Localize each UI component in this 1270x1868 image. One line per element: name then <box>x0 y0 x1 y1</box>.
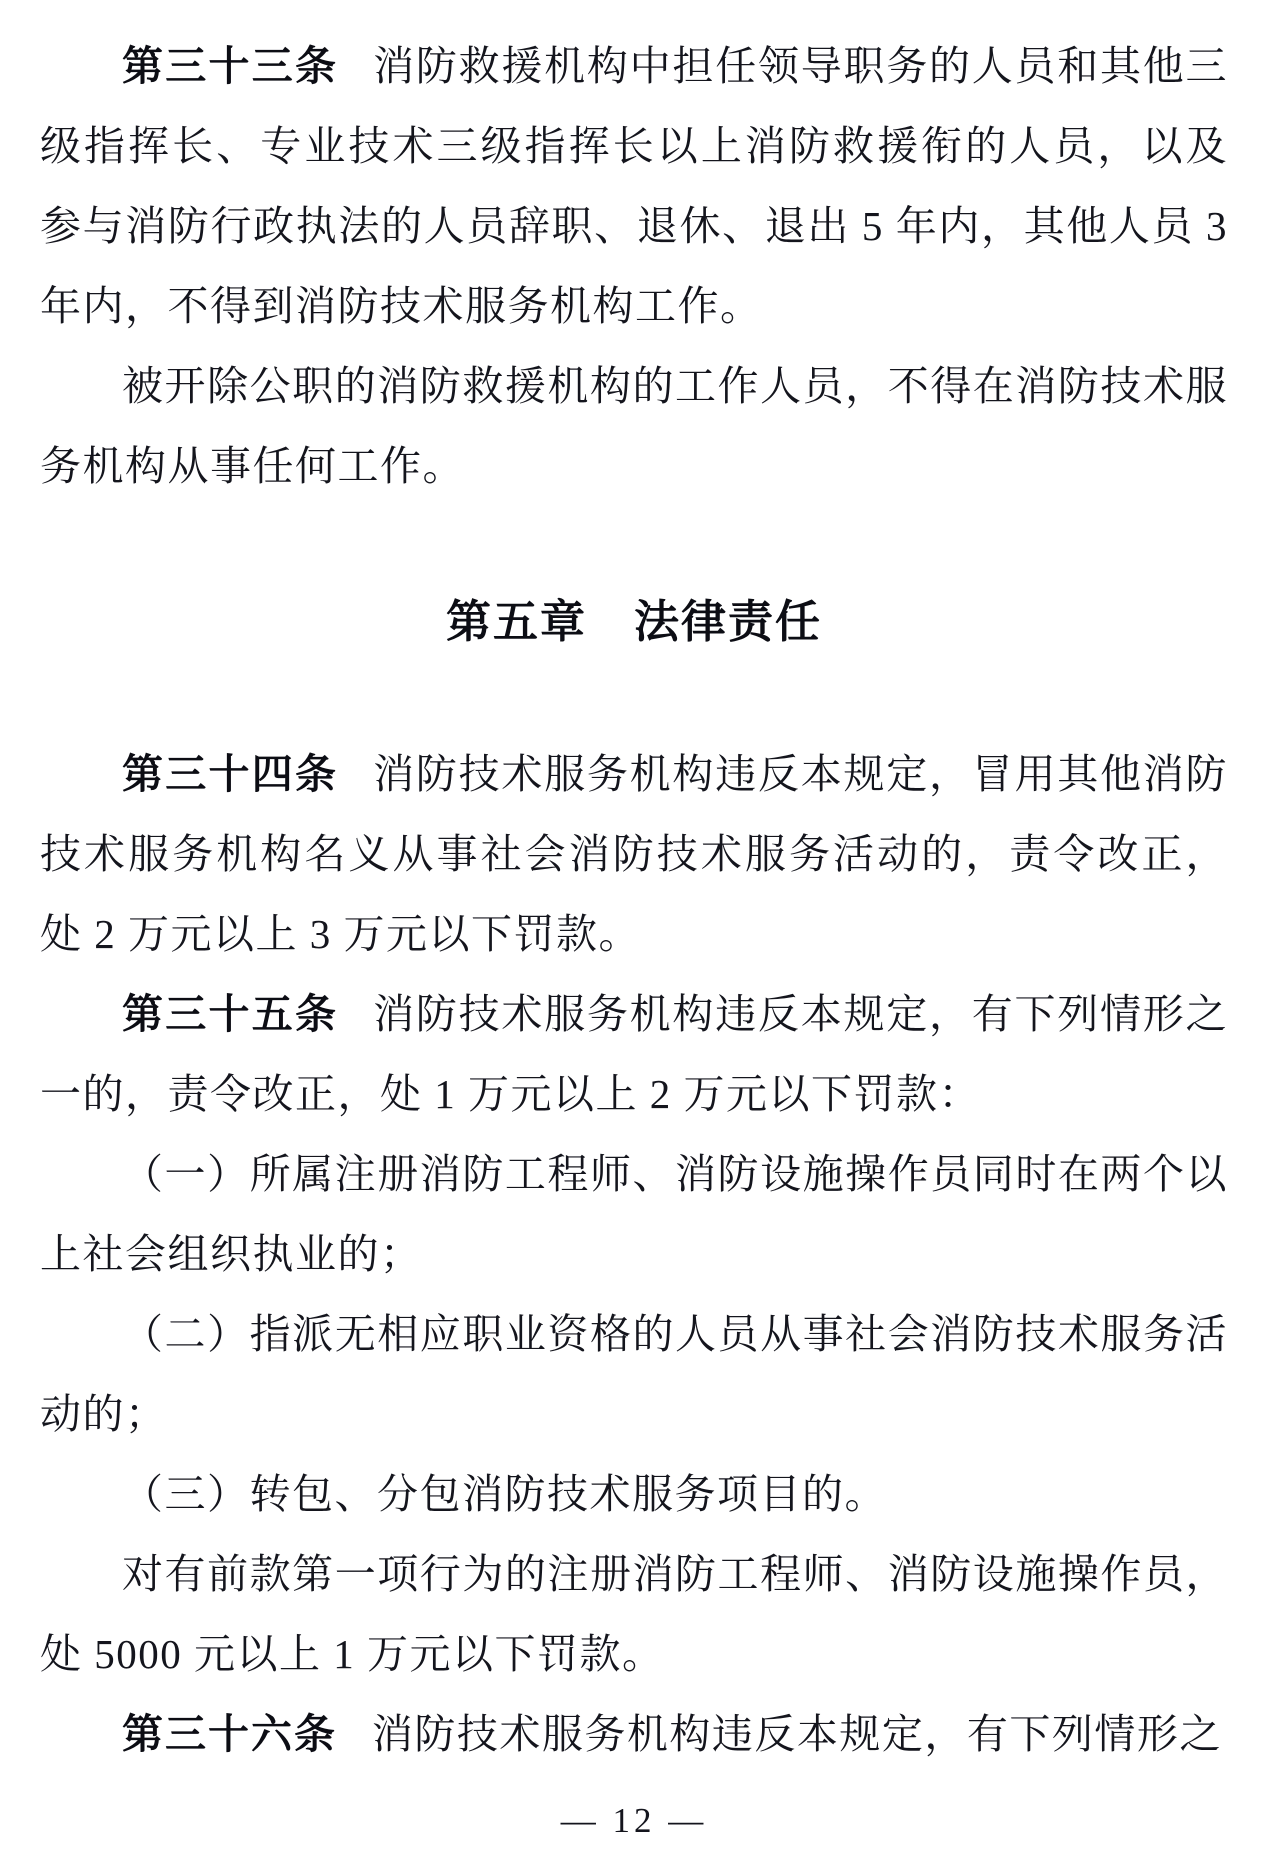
document-page: 第三十三条消防救援机构中担任领导职务的人员和其他三级指挥长、专业技术三级指挥长以… <box>0 0 1270 1868</box>
chapter-5-heading: 第五章 法律责任 <box>40 582 1228 662</box>
article-36-paragraph: 第三十六条消防技术服务机构违反本规定，有下列情形之 <box>40 1694 1228 1774</box>
article-33-paragraph: 第三十三条消防救援机构中担任领导职务的人员和其他三级指挥长、专业技术三级指挥长以… <box>40 26 1228 346</box>
article-33-paragraph-2-text: 被开除公职的消防救援机构的工作人员，不得在消防技术服务机构从事任何工作。 <box>40 363 1228 489</box>
page-number: — 12 — <box>40 1798 1228 1844</box>
article-34-number: 第三十四条 <box>122 751 338 797</box>
article-35-number: 第三十五条 <box>122 991 338 1037</box>
article-36-text: 消防技术服务机构违反本规定，有下列情形之 <box>372 1711 1222 1757</box>
article-35-paragraph-2: 对有前款第一项行为的注册消防工程师、消防设施操作员，处 5000 元以上 1 万… <box>40 1534 1228 1694</box>
article-35-paragraph-2-text: 对有前款第一项行为的注册消防工程师、消防设施操作员，处 5000 元以上 1 万… <box>40 1551 1228 1677</box>
article-35-item-3-text: （三）转包、分包消防技术服务项目的。 <box>122 1471 887 1517</box>
article-35-item-1-text: （一）所属注册消防工程师、消防设施操作员同时在两个以上社会组织执业的； <box>40 1151 1228 1277</box>
article-34-paragraph: 第三十四条消防技术服务机构违反本规定，冒用其他消防技术服务机构名义从事社会消防技… <box>40 734 1228 974</box>
article-33-paragraph-2: 被开除公职的消防救援机构的工作人员，不得在消防技术服务机构从事任何工作。 <box>40 346 1228 506</box>
article-36-number: 第三十六条 <box>122 1711 337 1757</box>
article-35-item-2-text: （二）指派无相应职业资格的人员从事社会消防技术服务活动的； <box>40 1311 1228 1437</box>
article-35-item-3: （三）转包、分包消防技术服务项目的。 <box>40 1454 1228 1534</box>
article-35-item-1: （一）所属注册消防工程师、消防设施操作员同时在两个以上社会组织执业的； <box>40 1134 1228 1294</box>
article-35-item-2: （二）指派无相应职业资格的人员从事社会消防技术服务活动的； <box>40 1294 1228 1454</box>
article-33-number: 第三十三条 <box>122 43 338 89</box>
article-35-paragraph: 第三十五条消防技术服务机构违反本规定，有下列情形之一的，责令改正，处 1 万元以… <box>40 974 1228 1134</box>
